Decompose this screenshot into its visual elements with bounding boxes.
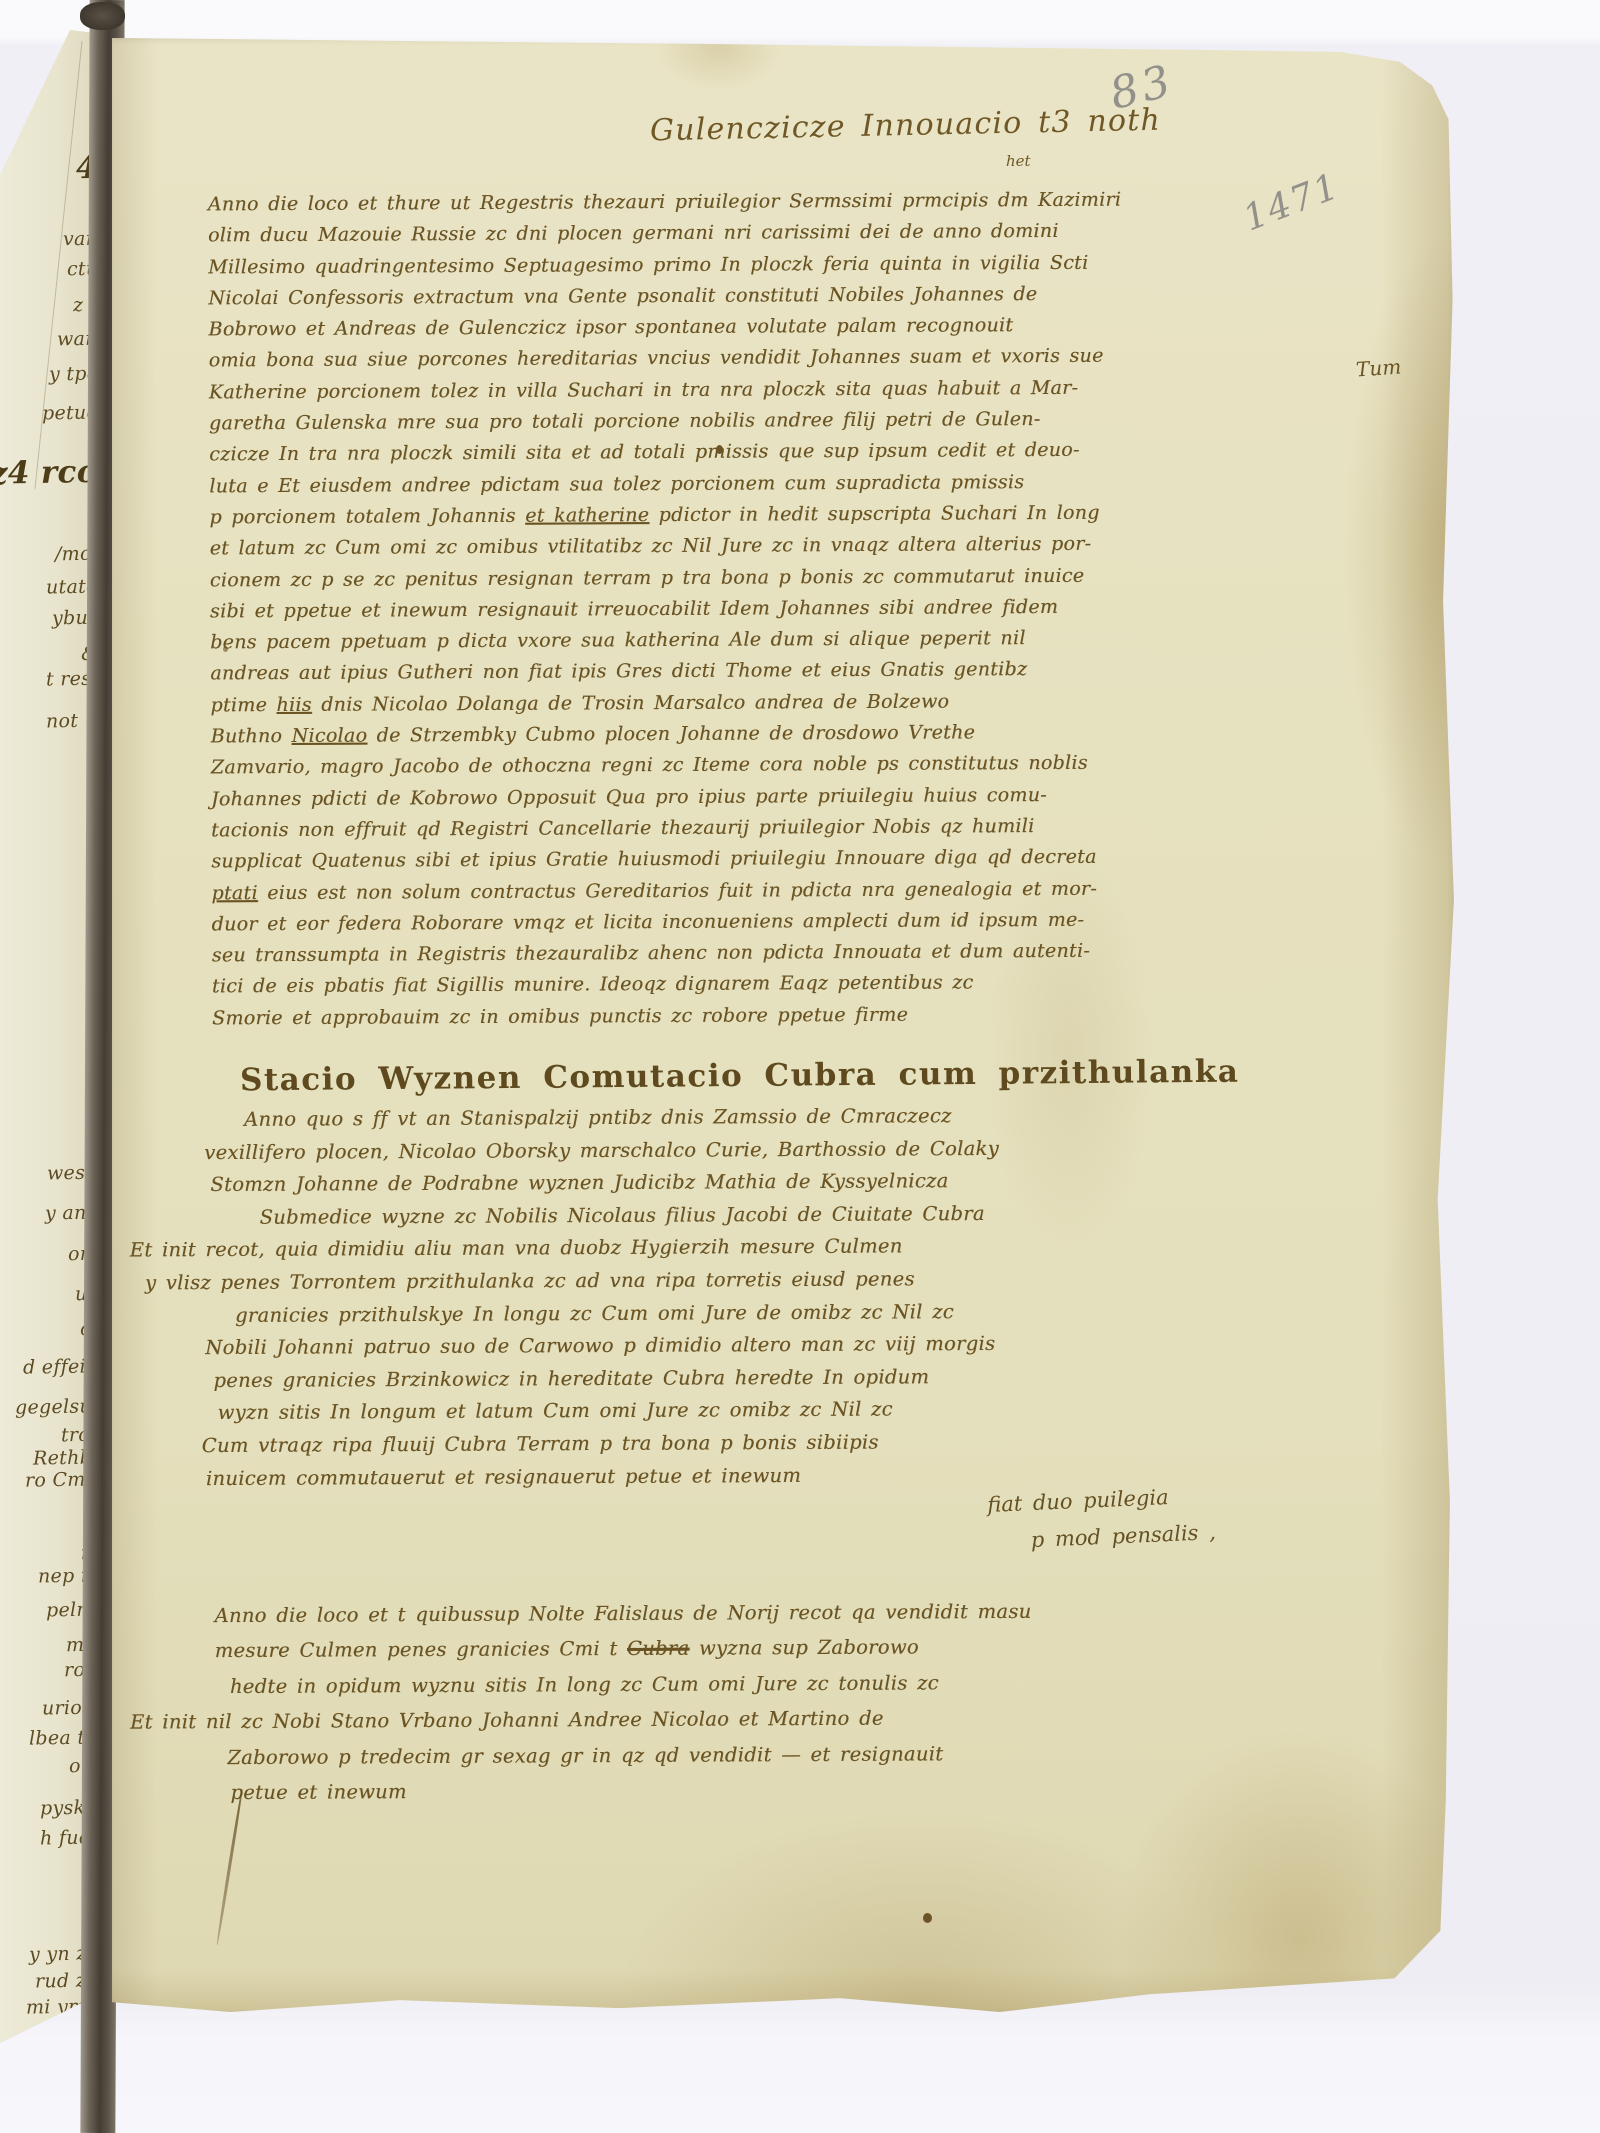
manuscript-line: hedte in opidum wyznu sitis In long zc C…: [230, 1665, 1032, 1705]
manuscript-line: Smorie et approbauim zc in omibus puncti…: [212, 998, 1125, 1034]
entry-title-superscript: het: [1006, 152, 1031, 170]
manuscript-line: omia bona sua siue porcones hereditarias…: [209, 341, 1122, 377]
manuscript-line: Buthno Nicolao de Strzembky Cubmo plocen…: [211, 717, 1124, 753]
manuscript-line: et latum zc Cum omi zc omibus vtilitatib…: [210, 529, 1123, 565]
manuscript-line: Submedice wyzne zc Nobilis Nicolaus fili…: [259, 1198, 999, 1234]
manuscript-line: wyzn sitis In longum et latum Cum omi Ju…: [218, 1393, 1001, 1430]
year-annotation: 1471: [1238, 166, 1346, 240]
manuscript-line: inuicem commutauerut et resignauerut pet…: [206, 1458, 1001, 1495]
manuscript-line: bens pacem ppetuam p dicta vxore sua kat…: [210, 623, 1123, 659]
manuscript-line: Anno die loco et t quibussup Nolte Falis…: [214, 1594, 1031, 1634]
manuscript-line: petue et inewum: [230, 1771, 1032, 1811]
manuscript-line: tici de eis pbatis fiat Sigillis munire.…: [212, 967, 1125, 1003]
note-line: p mod pensalis ,: [1030, 1514, 1216, 1559]
manuscript-scan: 4vanctuz twany tpepetuedz4 rco/mo.utatey…: [0, 0, 1600, 2133]
manuscript-line: tacionis non effruit qd Registri Cancell…: [211, 811, 1124, 847]
manuscript-line: Stomzn Johanne de Podrabne wyznen Judici…: [210, 1165, 999, 1202]
manuscript-line: vexillifero plocen, Nicolao Oborsky mars…: [204, 1133, 999, 1170]
manuscript-line: Anno die loco et thure ut Regestris thez…: [208, 185, 1121, 221]
ink-speck: [223, 646, 228, 652]
ink-speck: [923, 1913, 932, 1923]
manuscript-line: ptime hiis dnis Nicolao Dolanga de Trosi…: [210, 685, 1123, 721]
manuscript-line: ptati eius est non solum contractus Gere…: [211, 873, 1124, 909]
marginal-fragment: dz4 rco: [0, 454, 98, 492]
entry-2-heading: Stacio Wyznen Comutacio Cubra cum przith…: [240, 1054, 1240, 1099]
manuscript-line: Johannes pdicti de Kobrowo Opposuit Qua …: [211, 779, 1124, 815]
pen-flourish: [216, 1789, 244, 1946]
manuscript-line: y vlisz penes Torrontem przithulanka zc …: [145, 1263, 1000, 1300]
margin-catchword: Tum: [1355, 354, 1402, 381]
chancery-note: fiat duo puilegiap mod pensalis ,: [986, 1477, 1216, 1561]
manuscript-line: Katherine porcionem tolez in villa Sucha…: [209, 372, 1122, 408]
entry-title: Gulenczicze Innouacio t3 noth: [650, 103, 1162, 149]
manuscript-line: Et init recot, quia dimidiu aliu man vna…: [130, 1230, 1000, 1267]
manuscript-line: p porcionem totalem Johannis et katherin…: [209, 498, 1122, 534]
manuscript-line: sibi et ppetue et inewum resignauit irre…: [210, 591, 1123, 627]
manuscript-line: penes granicies Brzinkowicz in hereditat…: [213, 1361, 1000, 1398]
manuscript-line: Et init nil zc Nobi Stano Vrbano Johanni…: [130, 1700, 1032, 1740]
entry-2-text: Anno quo s ff vt an Stanispalzij pntibz …: [204, 1100, 1001, 1495]
manuscript-line: olim ducu Mazouie Russie zc dni plocen g…: [208, 216, 1121, 252]
manuscript-line: czicze In tra nra ploczk simili sita et …: [209, 435, 1122, 471]
manuscript-line: duor et eor federa Roborare vmqz et lici…: [212, 904, 1125, 940]
manuscript-line: Zaborowo p tredecim gr sexag gr in qz qd…: [227, 1735, 1032, 1775]
manuscript-line: garetha Gulenska mre sua pro totali porc…: [209, 404, 1122, 440]
binding-rod-knob: [80, 2, 125, 30]
manuscript-line: Cum vtraqz ripa fluuij Cubra Terram p tr…: [202, 1426, 1001, 1463]
entry-1-text: Anno die loco et thure ut Regestris thez…: [208, 185, 1126, 1035]
manuscript-line: luta e Et eiusdem andree pdictam sua tol…: [209, 466, 1122, 502]
manuscript-line: seu transsumpta in Registris thezauralib…: [212, 936, 1125, 972]
manuscript-line: mesure Culmen penes granicies Cmi t Cubr…: [215, 1629, 1032, 1669]
manuscript-line: andreas aut ipius Gutheri non fiat ipis …: [210, 654, 1123, 690]
manuscript-page: 83 1471 Gulenczicze Innouacio t3 noth he…: [110, 36, 1462, 2018]
manuscript-line: Millesimo quadringentesimo Septuagesimo …: [208, 247, 1121, 283]
manuscript-line: Zamvario, magro Jacobo de othoczna regni…: [211, 748, 1124, 784]
entry-3-text: Anno die loco et t quibussup Nolte Falis…: [214, 1594, 1032, 1811]
manuscript-line: supplicat Quatenus sibi et ipius Gratie …: [211, 842, 1124, 878]
manuscript-line: granicies przithulskye In longu zc Cum o…: [235, 1295, 1000, 1332]
manuscript-line: Anno quo s ff vt an Stanispalzij pntibz …: [244, 1100, 999, 1137]
ink-speck: [716, 445, 723, 454]
manuscript-line: cionem zc p se zc penitus resignan terra…: [210, 560, 1123, 596]
manuscript-line: Bobrowo et Andreas de Gulenczicz ipsor s…: [208, 310, 1121, 346]
manuscript-line: Nicolai Confessoris extractum vna Gente …: [208, 279, 1121, 315]
manuscript-line: Nobili Johanni patruo suo de Carwowo p d…: [205, 1328, 1000, 1365]
